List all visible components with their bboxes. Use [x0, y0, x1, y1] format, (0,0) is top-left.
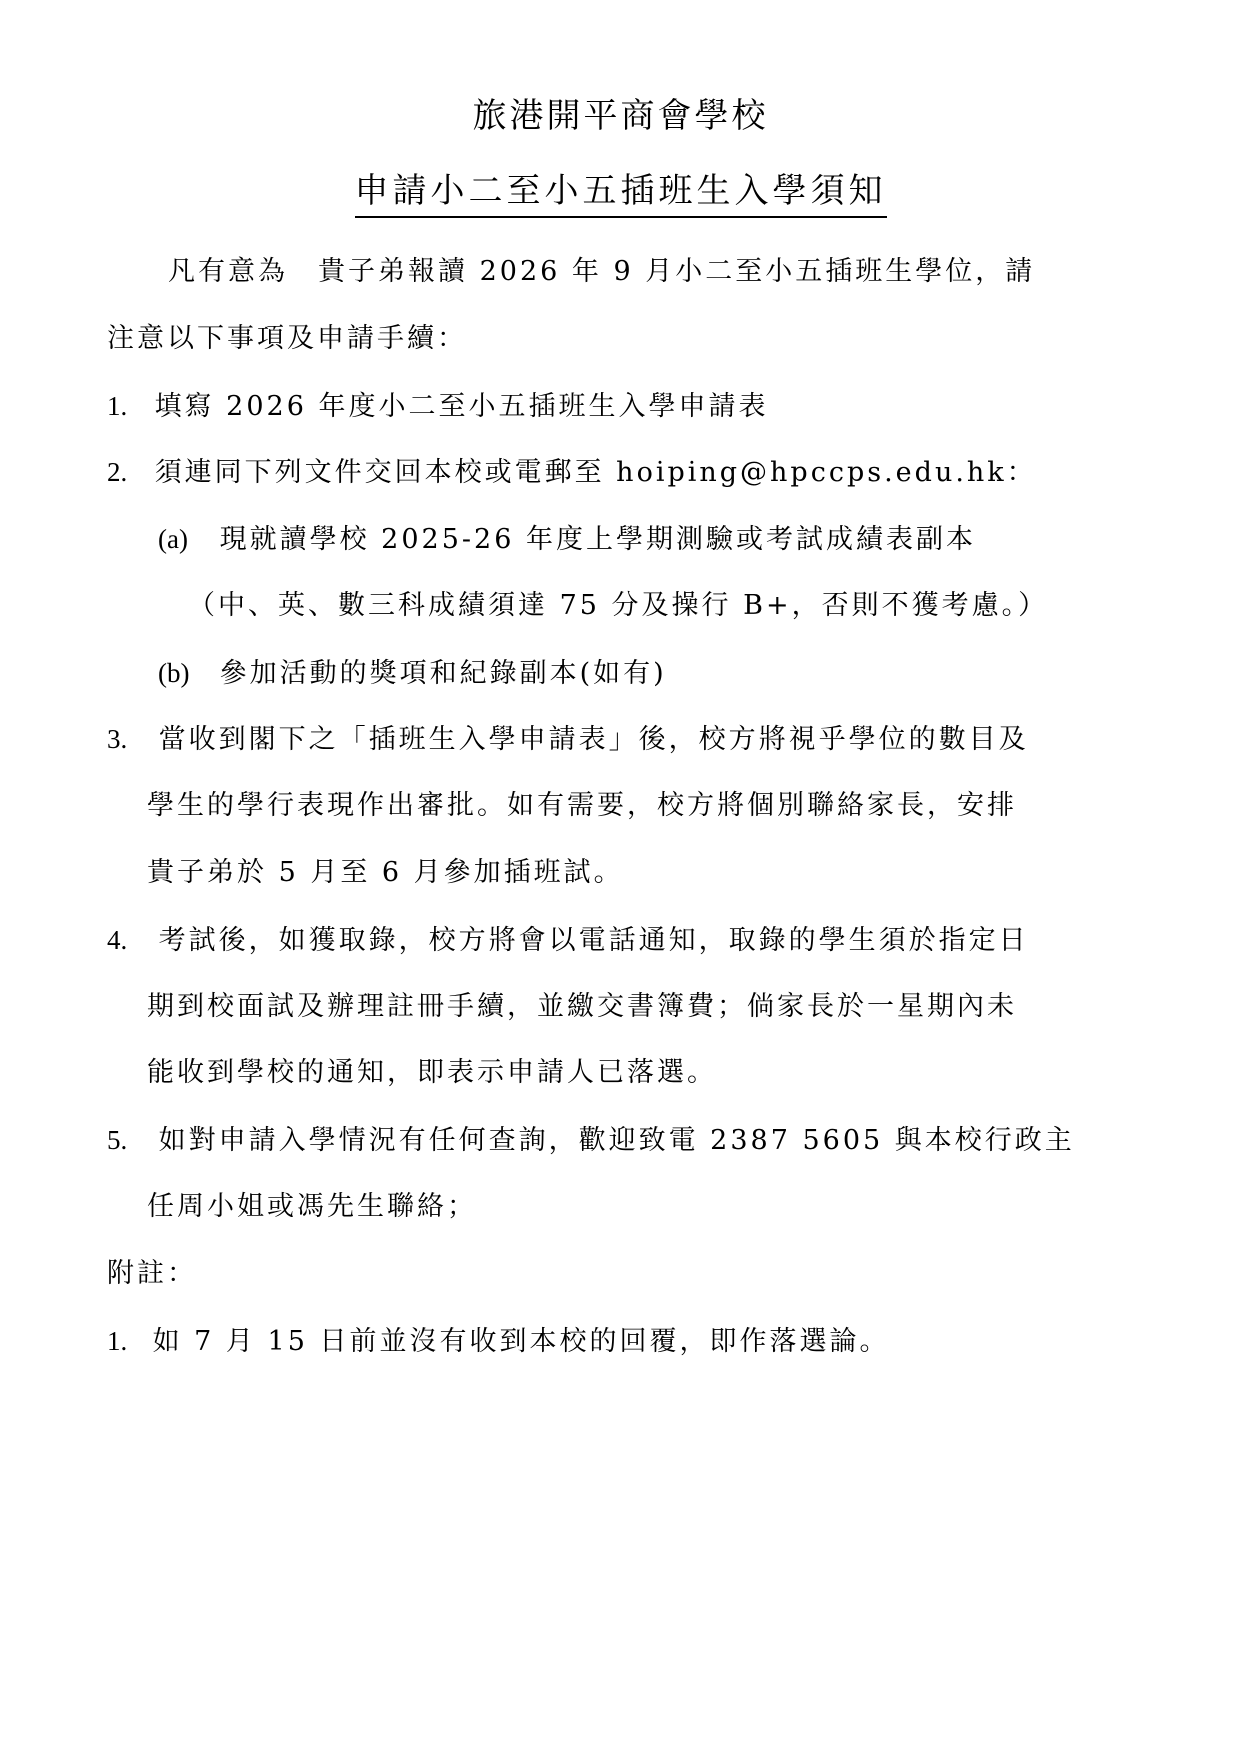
item-4: 4. 考試後，如獲取錄，校方將會以電話通知，取錄的學生須於指定日 — [107, 923, 1029, 958]
school-name: 旅港開平商會學校 — [0, 88, 1241, 137]
item-text: 須連同下列文件交回本校或電郵至 hoiping@hpccps.edu.hk： — [155, 457, 1037, 488]
document-title: 申請小二至小五插班生入學須知 — [0, 163, 1241, 218]
item-number: 4. — [107, 923, 147, 957]
item-3: 3. 當收到閣下之「插班生入學申請表」後，校方將視乎學位的數目及 — [107, 722, 1029, 757]
item-3-line-2: 學生的學行表現作出審批。如有需要，校方將個別聯絡家長，安排 — [147, 789, 1017, 823]
item-text: 如對申請入學情況有任何查詢，歡迎致電 2387 5605 與本校行政主 — [159, 1125, 1075, 1156]
item-4-line-3: 能收到學校的通知，即表示申請人已落選。 — [147, 1056, 717, 1090]
item-number: 5. — [107, 1123, 147, 1157]
intro-line-1: 凡有意為 貴子弟報讀 2026 年 9 月小二至小五插班生學位，請 — [168, 255, 1035, 289]
sub-item-a: (a) 現就讀學校 2025-26 年度上學期測驗或考試成績表副本 — [158, 522, 976, 557]
item-3-line-3: 貴子弟於 5 月至 6 月參加插班試。 — [147, 856, 624, 890]
item-text: 填寫 2026 年度小二至小五插班生入學申請表 — [155, 391, 769, 422]
remark-number: 1. — [107, 1324, 141, 1358]
document-page: 旅港開平商會學校 申請小二至小五插班生入學須知 凡有意為 貴子弟報讀 2026 … — [0, 0, 1241, 1755]
remark-1: 1. 如 7 月 15 日前並沒有收到本校的回覆，即作落選論。 — [107, 1324, 889, 1359]
item-text: 考試後，如獲取錄，校方將會以電話通知，取錄的學生須於指定日 — [159, 925, 1029, 956]
item-1: 1. 填寫 2026 年度小二至小五插班生入學申請表 — [107, 389, 768, 424]
item-text: 當收到閣下之「插班生入學申請表」後，校方將視乎學位的數目及 — [159, 724, 1029, 755]
item-5: 5. 如對申請入學情況有任何查詢，歡迎致電 2387 5605 與本校行政主 — [107, 1123, 1075, 1158]
item-4-line-2: 期到校面試及辦理註冊手續，並繳交書簿費；倘家長於一星期內未 — [147, 990, 1017, 1024]
sub-item-text: 參加活動的獎項和紀錄副本(如有) — [220, 658, 667, 689]
item-number: 1. — [107, 389, 143, 423]
item-number: 2. — [107, 455, 143, 489]
sub-item-a-note: （中、英、數三科成績須達 75 分及操行 B+，否則不獲考慮。） — [188, 589, 1048, 623]
item-number: 3. — [107, 722, 147, 756]
remarks-heading: 附註： — [107, 1257, 197, 1291]
document-title-text: 申請小二至小五插班生入學須知 — [355, 163, 887, 218]
item-2: 2. 須連同下列文件交回本校或電郵至 hoiping@hpccps.edu.hk… — [107, 455, 1037, 490]
intro-line-2: 注意以下事項及申請手續： — [107, 322, 467, 356]
remark-text: 如 7 月 15 日前並沒有收到本校的回覆，即作落選論。 — [153, 1326, 890, 1357]
item-5-line-2: 任周小姐或馮先生聯絡； — [147, 1190, 477, 1224]
sub-item-text: 現就讀學校 2025-26 年度上學期測驗或考試成績表副本 — [220, 524, 976, 555]
sub-item-b: (b) 參加活動的獎項和紀錄副本(如有) — [158, 656, 667, 691]
sub-item-label: (b) — [158, 656, 208, 690]
sub-item-label: (a) — [158, 522, 208, 556]
